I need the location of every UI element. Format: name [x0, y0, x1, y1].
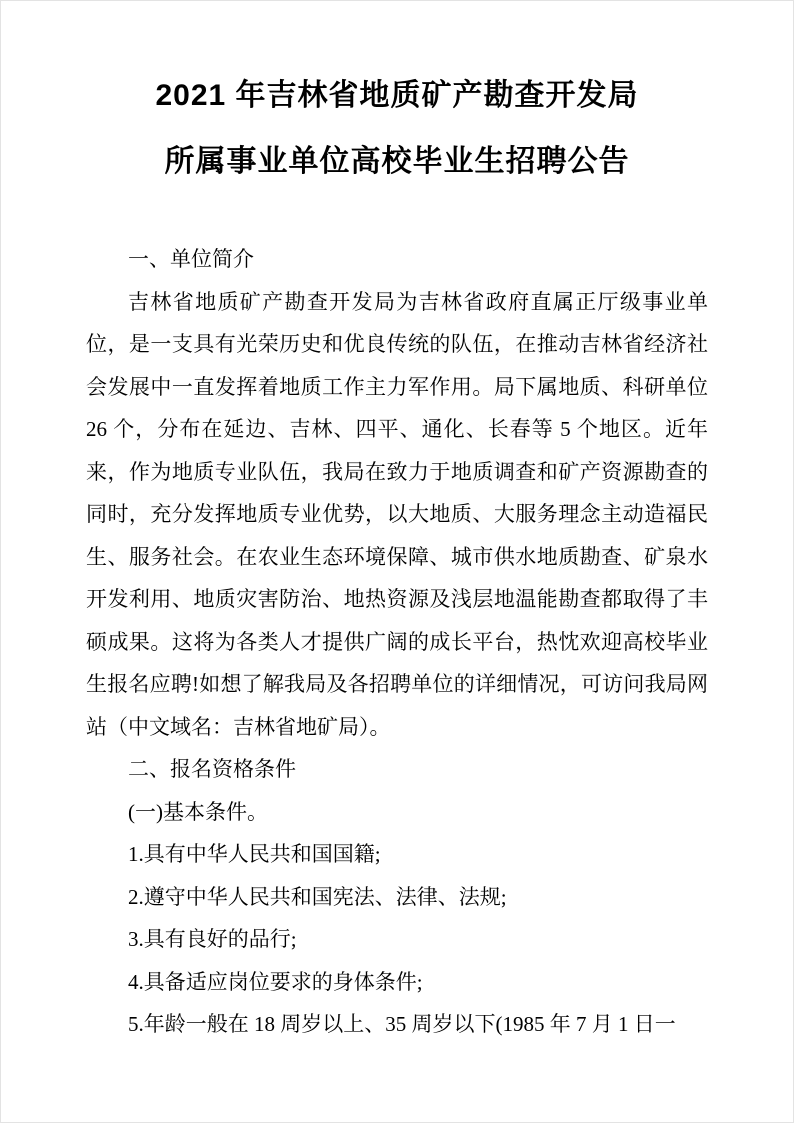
list-item-condition-4: 4.具备适应岗位要求的身体条件; — [86, 961, 708, 1004]
document-title: 2021 年吉林省地质矿产勘查开发局 所属事业单位高校毕业生招聘公告 — [1, 1, 793, 195]
list-item-condition-2: 2.遵守中华人民共和国宪法、法律、法规; — [86, 876, 708, 919]
document-body: 一、单位简介 吉林省地质矿产勘查开发局为吉林省政府直属正厅级事业单位，是一支具有… — [86, 238, 708, 1046]
section-heading-eligibility: 二、报名资格条件 — [86, 748, 708, 791]
paragraph-unit-intro: 吉林省地质矿产勘查开发局为吉林省政府直属正厅级事业单位，是一支具有光荣历史和优良… — [86, 281, 708, 749]
subsection-heading-basic-conditions: (一)基本条件。 — [86, 791, 708, 834]
list-item-condition-3: 3.具有良好的品行; — [86, 918, 708, 961]
section-heading-unit-intro: 一、单位简介 — [86, 238, 708, 281]
list-item-condition-1: 1.具有中华人民共和国国籍; — [86, 833, 708, 876]
document-title-line-1: 2021 年吉林省地质矿产勘查开发局 — [1, 63, 793, 129]
list-item-condition-5: 5.年龄一般在 18 周岁以上、35 周岁以下(1985 年 7 月 1 日一 — [86, 1003, 708, 1046]
document-page: 2021 年吉林省地质矿产勘查开发局 所属事业单位高校毕业生招聘公告 一、单位简… — [0, 0, 794, 1123]
document-title-line-2: 所属事业单位高校毕业生招聘公告 — [1, 129, 793, 195]
